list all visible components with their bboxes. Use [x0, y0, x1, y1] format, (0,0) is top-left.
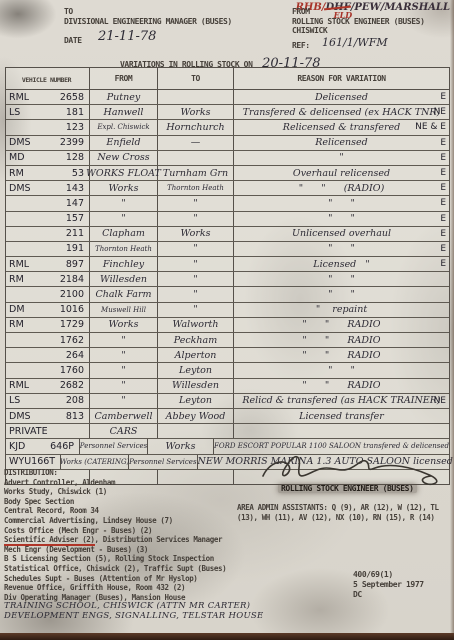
reason-cell: " " RADIO	[234, 318, 449, 332]
vehicle-digits: 1729	[60, 319, 84, 330]
vehicle-number-cell: 157	[6, 212, 90, 226]
table-row: DMS813CamberwellAbbey WoodLicensed trans…	[6, 409, 449, 424]
to-cell: Leyton	[158, 394, 234, 408]
reason-cell: DelicensedE	[234, 90, 449, 104]
reason-text: " " RADIO	[302, 350, 380, 361]
reason-cell: Relicensed & transferedNE & E	[234, 120, 449, 134]
from-cell: Expl. Chiswick	[90, 120, 158, 134]
reason-text: Relicd & transfered (as HACK TRAINER)	[242, 395, 440, 406]
distribution-item: Body Spec Section	[4, 497, 264, 507]
reason-text: Relicensed & transfered	[283, 122, 400, 133]
from-cell: Camberwell	[90, 409, 158, 423]
ref-value-handwritten: 161/1/WFM	[322, 36, 388, 49]
vehicle-number-cell: 264	[6, 348, 90, 362]
vehicle-number-cell: DM1016	[6, 303, 90, 317]
to-cell: "	[158, 257, 234, 271]
vehicle-number-cell: RML2682	[6, 379, 90, 393]
column-header-to: TO	[158, 68, 234, 89]
reference-block: 400/69(1) 5 September 1977 DC	[353, 570, 424, 600]
distribution-item: Scientific Adviser (2), Distribution Ser…	[4, 535, 264, 545]
reason-cell	[234, 424, 449, 438]
from-cell: Works (CATERING)	[61, 455, 129, 469]
vehicle-digits: 143	[66, 183, 84, 194]
table-row: DM1016Muswell Hill"" repaint	[6, 303, 449, 318]
distribution-item: B S Licensing Section (5), Rolling Stock…	[4, 554, 264, 564]
date-value-handwritten: 21-11-78	[98, 29, 156, 44]
reason-cell: " " (RADIO)E	[234, 181, 449, 195]
vehicle-digits: 157	[66, 213, 84, 224]
reference-date: 5 September 1977	[353, 580, 424, 590]
vehicle-digits: 2100	[60, 289, 84, 300]
column-header-reason: REASON FOR VARIATION	[234, 68, 449, 89]
table-header-row: VEHICLE NUMBER FROM TO REASON FOR VARIAT…	[6, 68, 449, 90]
vehicle-digits: 897	[66, 259, 84, 270]
vehicle-number-cell: DMS813	[6, 409, 90, 423]
table-row: PRIVATECARS	[6, 424, 449, 439]
status-code: E	[440, 214, 446, 224]
to-cell: Works	[158, 105, 234, 119]
distribution-item: Revenue Office, Griffith House, Room 432…	[4, 583, 264, 593]
to-cell: Turnham Grn	[158, 166, 234, 180]
status-code: E	[440, 168, 446, 178]
to-cell	[158, 424, 234, 438]
reference-number: 400/69(1)	[353, 570, 424, 580]
to-cell	[158, 151, 234, 165]
to-cell: Works	[158, 227, 234, 241]
reason-cell: Unlicensed overhaulE	[234, 227, 449, 241]
signature-title-stamp: ROLLING STOCK ENGINEER (BUSES)	[278, 484, 417, 493]
reason-text: Relicensed	[315, 137, 368, 148]
table-row: DMS2399Enfield—RelicensedE	[6, 136, 449, 151]
to-cell: Personnel Services	[129, 455, 197, 469]
status-code: E	[440, 259, 446, 269]
vehicle-digits: 123	[66, 122, 84, 133]
reason-cell: " repaint	[234, 303, 449, 317]
vehicle-digits: 2399	[60, 137, 84, 148]
reason-text: " "	[328, 198, 355, 209]
to-label: TO	[64, 7, 73, 16]
reason-cell: Transfered & delicensed (ex HACK TNR)NE	[234, 105, 449, 119]
vehicle-number-cell: RML2658	[6, 90, 90, 104]
reason-cell: " "	[234, 287, 449, 301]
scan-bottom-edge	[0, 633, 454, 640]
table-row: RM2184Willesden"" "	[6, 272, 449, 287]
vehicle-digits: 208	[66, 395, 84, 406]
vehicle-prefix: DMS	[9, 137, 31, 148]
vehicle-prefix: LS	[9, 395, 20, 406]
table-row: LS208"LeytonRelicd & transfered (as HACK…	[6, 394, 449, 409]
reason-text: "	[339, 152, 343, 163]
vehicle-digits: 1762	[60, 335, 84, 346]
vehicle-digits: 147	[66, 198, 84, 209]
vehicle-digits: 128	[66, 152, 84, 163]
reason-cell: " "	[234, 363, 449, 377]
reason-cell: " " RADIO	[234, 348, 449, 362]
reference-initials: DC	[353, 590, 424, 600]
table-row: 211ClaphamWorksUnlicensed overhaulE	[6, 227, 449, 242]
from-location: CHISWICK	[292, 26, 327, 35]
from-cell: "	[90, 379, 158, 393]
table-row: 147""" "E	[6, 196, 449, 211]
from-cell: New Cross	[90, 151, 158, 165]
vehicle-number-cell: 211	[6, 227, 90, 241]
to-cell: "	[158, 242, 234, 256]
to-cell: "	[158, 212, 234, 226]
distribution-list: Advert Controller, AldenhamWorks Study, …	[4, 478, 264, 622]
from-cell: Thornton Heath	[90, 242, 158, 256]
status-code: E	[440, 138, 446, 148]
to-cell: "	[158, 272, 234, 286]
table-row: RM1729WorksWalworth" " RADIO	[6, 318, 449, 333]
vehicle-number-cell: RML897	[6, 257, 90, 271]
to-cell: "	[158, 303, 234, 317]
reason-cell: " " RADIO	[234, 379, 449, 393]
vehicle-number-cell: DMS2399	[6, 136, 90, 150]
vehicle-prefix: RML	[9, 259, 29, 270]
distribution-item: Schedules Supt - Buses (Attention of Mr …	[4, 574, 264, 584]
table-body: RML2658PutneyDelicensedELS181HanwellWork…	[6, 90, 449, 484]
column-header-from: FROM	[90, 68, 158, 89]
reason-text: Licensed "	[313, 259, 369, 270]
status-code: NE	[434, 396, 446, 406]
from-cell: Works	[90, 318, 158, 332]
vehicle-prefix: RM	[9, 319, 24, 330]
vehicle-digits: 813	[66, 411, 84, 422]
to-cell: Leyton	[158, 363, 234, 377]
reason-text: Unlicensed overhaul	[292, 228, 391, 239]
reason-cell: Licensed "E	[234, 257, 449, 271]
reason-text: " " (RADIO)	[299, 183, 385, 194]
from-cell: "	[90, 348, 158, 362]
from-cell: "	[90, 196, 158, 210]
vehicle-digits: 181	[66, 107, 84, 118]
to-cell	[158, 90, 234, 104]
status-code: E	[440, 153, 446, 163]
status-code: E	[440, 244, 446, 254]
vehicle-prefix: KJD	[9, 441, 25, 452]
from-cell: WORKS FLOAT	[90, 166, 158, 180]
table-row: RML2658PutneyDelicensedE	[6, 90, 449, 105]
vehicle-digits: 2184	[60, 274, 84, 285]
status-code: NE	[434, 107, 446, 117]
ref-label: REF:	[292, 41, 310, 50]
reason-text: Transfered & delicensed (ex HACK TNR)	[243, 107, 441, 118]
vehicle-prefix: RM	[9, 274, 24, 285]
table-row: RM53WORKS FLOATTurnham GrnOverhaul relic…	[6, 166, 449, 181]
vehicle-number-cell: 2100	[6, 287, 90, 301]
routing-struck-initials: DHF	[325, 2, 350, 13]
status-code: E	[440, 198, 446, 208]
table-row: DMS143WorksThornton Heath" " (RADIO)E	[6, 181, 449, 196]
vehicle-number-cell: RM1729	[6, 318, 90, 332]
reason-cell: " "	[234, 272, 449, 286]
vehicle-number-cell: DMS143	[6, 181, 90, 195]
distribution-item: DEVELOPMENT ENGS, SIGNALLING, TELSTAR HO…	[4, 612, 264, 622]
to-cell: Works	[148, 439, 214, 453]
from-value: ROLLING STOCK ENGINEER (BUSES)	[292, 17, 425, 26]
vehicle-number-cell: LS208	[6, 394, 90, 408]
vehicle-digits: 264	[66, 350, 84, 361]
routing-part-rest: /PEW/MARSHALL	[351, 2, 450, 13]
vehicle-prefix: RML	[9, 380, 29, 391]
vehicle-digits: 646P	[50, 441, 74, 452]
vehicle-prefix: PRIVATE	[9, 426, 48, 437]
vehicle-number-cell: MD128	[6, 151, 90, 165]
area-admin-assistants: AREA ADMIN ASSISTANTS: Q (9), AR (12), W…	[237, 503, 449, 522]
vehicle-digits: 191	[66, 243, 84, 254]
vehicle-digits: 1760	[60, 365, 84, 376]
from-cell: Putney	[90, 90, 158, 104]
from-cell: "	[90, 333, 158, 347]
to-cell: Alperton	[158, 348, 234, 362]
vehicle-prefix: RML	[9, 92, 29, 103]
vehicle-number-cell: 191	[6, 242, 90, 256]
to-cell: Walworth	[158, 318, 234, 332]
from-cell: Enfield	[90, 136, 158, 150]
vehicle-number-cell: 123	[6, 120, 90, 134]
distribution-item: Costs Office (Mech Engr - Buses) (2)	[4, 526, 264, 536]
reason-text: " "	[328, 365, 355, 376]
table-row: 123Expl. ChiswickHornchurchRelicensed & …	[6, 120, 449, 135]
to-cell: Peckham	[158, 333, 234, 347]
reason-text: Licensed transfer	[299, 411, 384, 422]
status-code: NE & E	[415, 122, 446, 132]
reason-cell: " "E	[234, 242, 449, 256]
vehicle-number-cell: PRIVATE	[6, 424, 90, 438]
table-row: 191Thornton Heath"" "E	[6, 242, 449, 257]
distribution-item: Central Record, Room 34	[4, 506, 264, 516]
table-row: 1762"Peckham" " RADIO	[6, 333, 449, 348]
distribution-block: DISTRIBUTION: Advert Controller, Aldenha…	[4, 468, 264, 622]
status-code: E	[440, 229, 446, 239]
from-cell: Willesden	[90, 272, 158, 286]
vehicle-number-cell: 1762	[6, 333, 90, 347]
vehicle-number-cell: LS181	[6, 105, 90, 119]
from-cell: Chalk Farm	[90, 287, 158, 301]
reason-cell: " " RADIO	[234, 333, 449, 347]
table-row: 1760"Leyton" "	[6, 363, 449, 378]
vehicle-digits: 2658	[60, 92, 84, 103]
from-cell: "	[90, 394, 158, 408]
scanned-document: RHB/DHF/PEW/MARSHALL ELD TO DIVISIONAL E…	[0, 0, 454, 640]
reason-text: " "	[328, 289, 355, 300]
from-cell: CARS	[90, 424, 158, 438]
distribution-item: Statistical Office, Chiswick (2), Traffi…	[4, 564, 264, 574]
from-cell: Clapham	[90, 227, 158, 241]
from-cell: "	[90, 363, 158, 377]
to-value: DIVISIONAL ENGINEERING MANAGER (BUSES)	[64, 17, 232, 26]
status-code: E	[440, 92, 446, 102]
distribution-item: Works Study, Chiswick (1)	[4, 487, 264, 497]
status-code: E	[440, 183, 446, 193]
reason-text: " "	[328, 213, 355, 224]
reason-text: " " RADIO	[302, 380, 380, 391]
column-header-vehicle: VEHICLE NUMBER	[6, 68, 90, 89]
vehicle-prefix: WYU	[9, 456, 31, 467]
to-cell: Thornton Heath	[158, 181, 234, 195]
vehicle-number-cell: KJD646P	[6, 439, 80, 453]
distribution-item: Commercial Advertising, Lindsey House (7…	[4, 516, 264, 526]
reason-text: " " RADIO	[302, 335, 380, 346]
scan-right-edge	[450, 0, 454, 640]
table-row: MD128New Cross"E	[6, 151, 449, 166]
reason-text: Overhaul relicensed	[293, 168, 390, 179]
vehicle-prefix: DMS	[9, 411, 31, 422]
reason-cell: RelicensedE	[234, 136, 449, 150]
vehicle-number-cell: RM53	[6, 166, 90, 180]
reason-text: " "	[328, 274, 355, 285]
from-cell: "	[90, 212, 158, 226]
to-cell: —	[158, 136, 234, 150]
date-label: DATE	[64, 36, 82, 45]
vehicle-prefix: MD	[9, 152, 25, 163]
table-row: RML897Finchley"Licensed "E	[6, 257, 449, 272]
vehicle-number-cell: 147	[6, 196, 90, 210]
to-cell: "	[158, 287, 234, 301]
reason-cell: Licensed transfer	[234, 409, 449, 423]
vehicle-prefix: LS	[9, 107, 20, 118]
reason-text: " " RADIO	[302, 319, 380, 330]
reason-cell: "E	[234, 151, 449, 165]
from-cell: Works	[90, 181, 158, 195]
from-cell: Finchley	[90, 257, 158, 271]
reason-text: Delicensed	[315, 92, 368, 103]
vehicle-digits: 2682	[60, 380, 84, 391]
from-label: FROM	[292, 7, 310, 16]
from-cell: Hanwell	[90, 105, 158, 119]
distribution-item: Advert Controller, Aldenham	[4, 478, 264, 488]
to-cell: Abbey Wood	[158, 409, 234, 423]
to-cell: "	[158, 196, 234, 210]
to-cell: Willesden	[158, 379, 234, 393]
distribution-item-rest: , Distribution Services Manager	[95, 535, 223, 544]
from-cell: Personnel Services	[80, 439, 148, 453]
distribution-item: Mech Engr (Development - Buses) (3)	[4, 545, 264, 555]
table-row: LS181HanwellWorksTransfered & delicensed…	[6, 105, 449, 120]
table-row: 157""" "E	[6, 212, 449, 227]
vehicle-digits: 53	[72, 168, 84, 179]
reason-cell: Overhaul relicensedE	[234, 166, 449, 180]
variations-table: VEHICLE NUMBER FROM TO REASON FOR VARIAT…	[5, 67, 450, 485]
vehicle-digits: 211	[66, 228, 84, 239]
distribution-title: DISTRIBUTION:	[4, 468, 264, 478]
table-row: 264"Alperton" " RADIO	[6, 348, 449, 363]
vehicle-number-cell: 1760	[6, 363, 90, 377]
from-cell: Muswell Hill	[90, 303, 158, 317]
table-row: 2100Chalk Farm"" "	[6, 287, 449, 302]
vehicle-number-cell: WYU166T	[6, 455, 61, 469]
vehicle-prefix: DM	[9, 304, 25, 315]
vehicle-digits: 1016	[60, 304, 84, 315]
reason-text: " "	[328, 243, 355, 254]
vehicle-prefix: DMS	[9, 183, 31, 194]
vehicle-digits: 166T	[31, 456, 55, 467]
table-row: RML2682"Willesden" " RADIO	[6, 379, 449, 394]
vehicle-number-cell: RM2184	[6, 272, 90, 286]
vehicle-prefix: RM	[9, 168, 24, 179]
reason-cell: " "E	[234, 196, 449, 210]
to-cell: Hornchurch	[158, 120, 234, 134]
reason-cell: " "E	[234, 212, 449, 226]
reason-text: " repaint	[316, 304, 367, 315]
reason-cell: Relicd & transfered (as HACK TRAINER)NE	[234, 394, 449, 408]
